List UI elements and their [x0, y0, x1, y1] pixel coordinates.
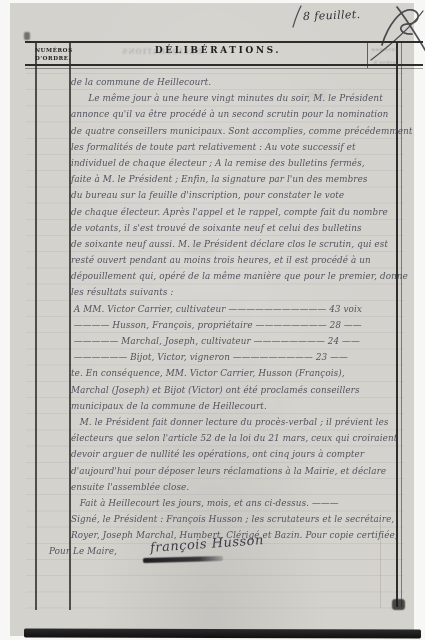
handwritten-line: Marchal (Joseph) et Bijot (Victor) ont é… [71, 383, 397, 399]
numeros-label: NUMÉROS [35, 47, 69, 55]
frame-top-border [25, 41, 423, 43]
handwritten-line: les formalités de toute part relativemen… [71, 140, 397, 156]
handwritten-line: Fait à Heillecourt les jours, mois, et a… [71, 496, 397, 512]
tally-line: A MM. Victor Carrier, cultivateur ——————… [71, 302, 397, 318]
handwritten-line: les résultats suivants : [71, 285, 397, 301]
showthrough-line1: numéros [368, 44, 402, 57]
frame-left-border [35, 41, 37, 610]
handwritten-line: annonce qu'il va être procédé à un secon… [71, 107, 397, 123]
handwritten-line: de votants, il s'est trouvé de soixante … [71, 221, 397, 237]
handwritten-line: individuel de chaque électeur ; A la rem… [71, 156, 397, 172]
handwritten-line: électeurs que selon l'article 52 de la l… [71, 431, 397, 447]
frame-right-border-thin [401, 41, 402, 607]
column-header-numeros-d-ordre: NUMÉROS D'ORDRE. [35, 47, 69, 63]
handwritten-line: resté ouvert pendant au moins trois heur… [71, 253, 397, 269]
folio-number: 8 feuillet. [303, 8, 361, 23]
ink-speck [24, 32, 30, 40]
handwritten-line: de la commune de Heillecourt. [71, 75, 397, 91]
handwritten-line: de quatre conseillers municipaux. Sont a… [71, 124, 397, 140]
handwritten-line: municipaux de la commune de Heillecourt. [71, 399, 397, 415]
ink-blob [392, 599, 405, 610]
manuscript-body: de la commune de Heillecourt. Le même jo… [71, 75, 397, 561]
handwritten-line: du bureau sur la feuille d'inscription, … [71, 188, 397, 204]
handwritten-line: de soixante neuf aussi. M. le Président … [71, 237, 397, 253]
handwritten-line: faite à M. le Président ; Enfin, la sign… [71, 172, 397, 188]
scan-dark-edge [24, 628, 421, 638]
header-bottom-border-thin [25, 68, 423, 69]
tally-line: ————— Marchal, Joseph, cultivateur —————… [71, 334, 397, 350]
header-bottom-border [25, 64, 423, 66]
handwritten-line: de chaque électeur. Après l'appel et le … [71, 205, 397, 221]
tally-line: —————— Bijot, Victor, vigneron —————————… [71, 350, 397, 366]
tally-line: ———— Husson, François, propriétaire ————… [71, 318, 397, 334]
handwritten-line: d'aujourd'hui pour déposer leurs réclama… [71, 464, 397, 480]
ink-smudge [143, 556, 223, 563]
showthrough-line2: d'ordre [368, 57, 402, 70]
handwritten-line: Le même jour à une heure vingt minutes d… [71, 91, 397, 107]
handwritten-line: te. En conséquence, MM. Victor Carrier, … [71, 366, 397, 382]
scanned-register-page: 8 feuillet. NUMÉROS D'ORDRE. DÉLIBÉRATIO… [0, 0, 425, 640]
handwritten-line: M. le Président fait donner lecture du p… [71, 415, 397, 431]
d-ordre-label: D'ORDRE. [35, 55, 69, 63]
page-title: DÉLIBÉRATIONS. [69, 46, 367, 56]
page-background: 8 feuillet. NUMÉROS D'ORDRE. DÉLIBÉRATIO… [10, 3, 414, 636]
handwritten-line: dépouillement qui, opéré de la même mani… [71, 269, 397, 285]
handwritten-line: Signé, le Président : François Husson ; … [71, 512, 397, 528]
handwritten-line: ensuite l'assemblée close. [71, 480, 397, 496]
showthrough-right-column: numéros d'ordre [368, 44, 402, 70]
handwritten-line: devoir arguer de nullité les opérations,… [71, 447, 397, 463]
